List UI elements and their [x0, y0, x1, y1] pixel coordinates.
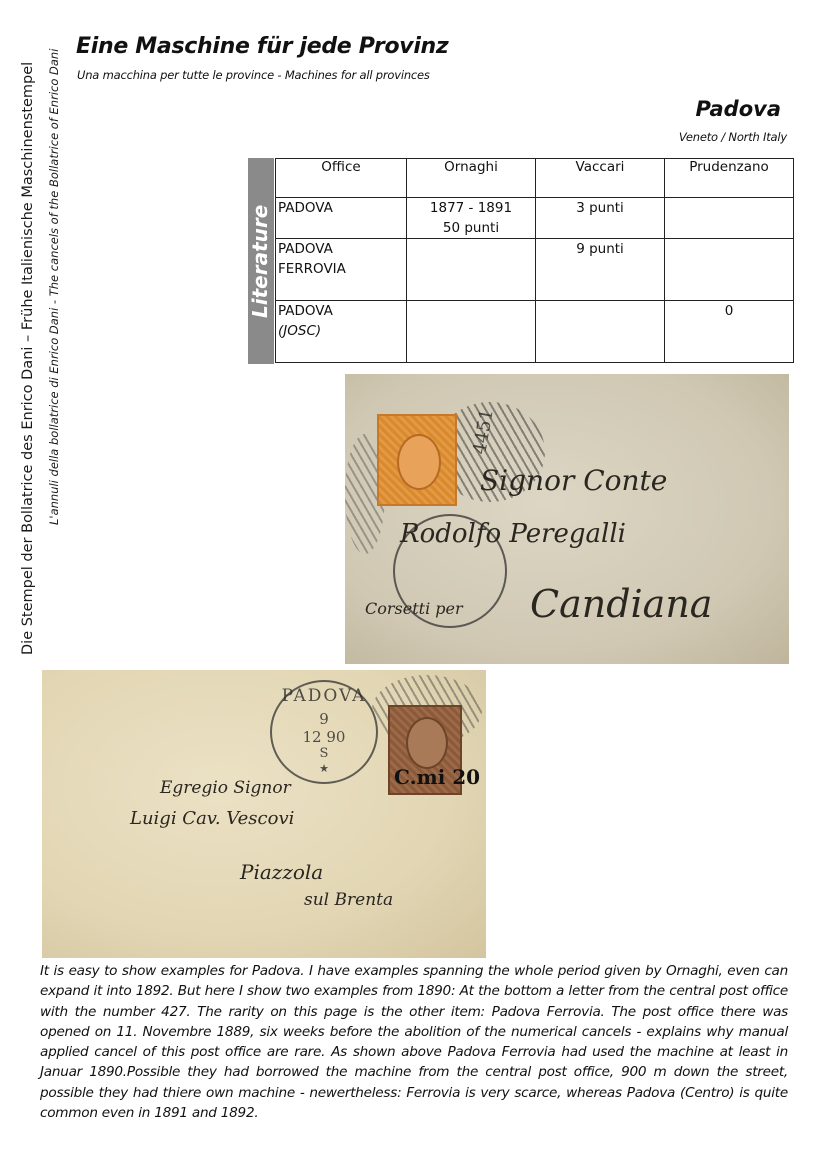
description-text: It is easy to show examples for Padova. …: [40, 961, 788, 1123]
ornaghi-cell: [407, 239, 536, 301]
table-row: PADOVA FERROVIA 9 punti: [276, 239, 794, 301]
office-cell: PADOVA FERROVIA: [276, 239, 407, 301]
vaccari-cell: [536, 301, 665, 363]
address-line: Rodolfo Peregalli: [400, 519, 626, 549]
literature-label: Literature: [248, 158, 272, 318]
series-subtitle: L'annuli della bollatrice di Enrico Dani…: [47, 49, 61, 525]
column-header-prudenzano: Prudenzano: [665, 159, 794, 198]
vaccari-cell: 3 punti: [536, 198, 665, 239]
address-line: Signor Conte: [480, 464, 667, 497]
address-line: Candiana: [530, 582, 712, 626]
column-header-ornaghi: Ornaghi: [407, 159, 536, 198]
province-name: Padova: [695, 97, 781, 121]
padova-cds: PADOVA 9 12 90 S ★: [270, 680, 378, 784]
table-header-row: Office Ornaghi Vaccari Prudenzano: [276, 159, 794, 198]
stamp-overprint: C.mi 20: [394, 765, 480, 789]
page-subtitle: Una macchina per tutte le province - Mac…: [77, 68, 430, 82]
cover-image-central: PADOVA 9 12 90 S ★ C.mi 20 Egregio Signo…: [42, 670, 486, 958]
literature-band: Literature: [248, 158, 274, 364]
portrait-icon: [406, 717, 448, 769]
cover-image-ferrovia: 4451 Signor Conte Rodolfo Peregalli Cors…: [345, 374, 789, 664]
vaccari-cell: 9 punti: [536, 239, 665, 301]
page-title: Eine Maschine für jede Provinz: [76, 34, 448, 59]
region-label: Veneto / North Italy: [679, 130, 787, 144]
prudenzano-cell: [665, 239, 794, 301]
prudenzano-cell: 0: [665, 301, 794, 363]
portrait-icon: [397, 434, 441, 490]
address-line: Corsetti per: [365, 599, 463, 618]
address-line: Piazzola: [240, 860, 323, 884]
column-header-vaccari: Vaccari: [536, 159, 665, 198]
star-icon: ★: [272, 762, 376, 775]
column-header-office: Office: [276, 159, 407, 198]
office-cell: PADOVA: [276, 198, 407, 239]
ornaghi-cell: [407, 301, 536, 363]
table-row: PADOVA (JOSC) 0: [276, 301, 794, 363]
table-row: PADOVA 1877 - 1891 50 punti 3 punti: [276, 198, 794, 239]
address-line: Luigi Cav. Vescovi: [130, 808, 294, 829]
stamp-orange: [377, 414, 457, 506]
prudenzano-cell: [665, 198, 794, 239]
series-title: Die Stempel der Bollatrice des Enrico Da…: [20, 35, 36, 655]
address-line: Egregio Signor: [160, 778, 291, 798]
ornaghi-cell: 1877 - 1891 50 punti: [407, 198, 536, 239]
address-line: sul Brenta: [304, 890, 393, 910]
literature-table: Office Ornaghi Vaccari Prudenzano PADOVA…: [275, 158, 794, 363]
stamp-brown: C.mi 20: [388, 705, 462, 795]
office-cell: PADOVA (JOSC): [276, 301, 407, 363]
